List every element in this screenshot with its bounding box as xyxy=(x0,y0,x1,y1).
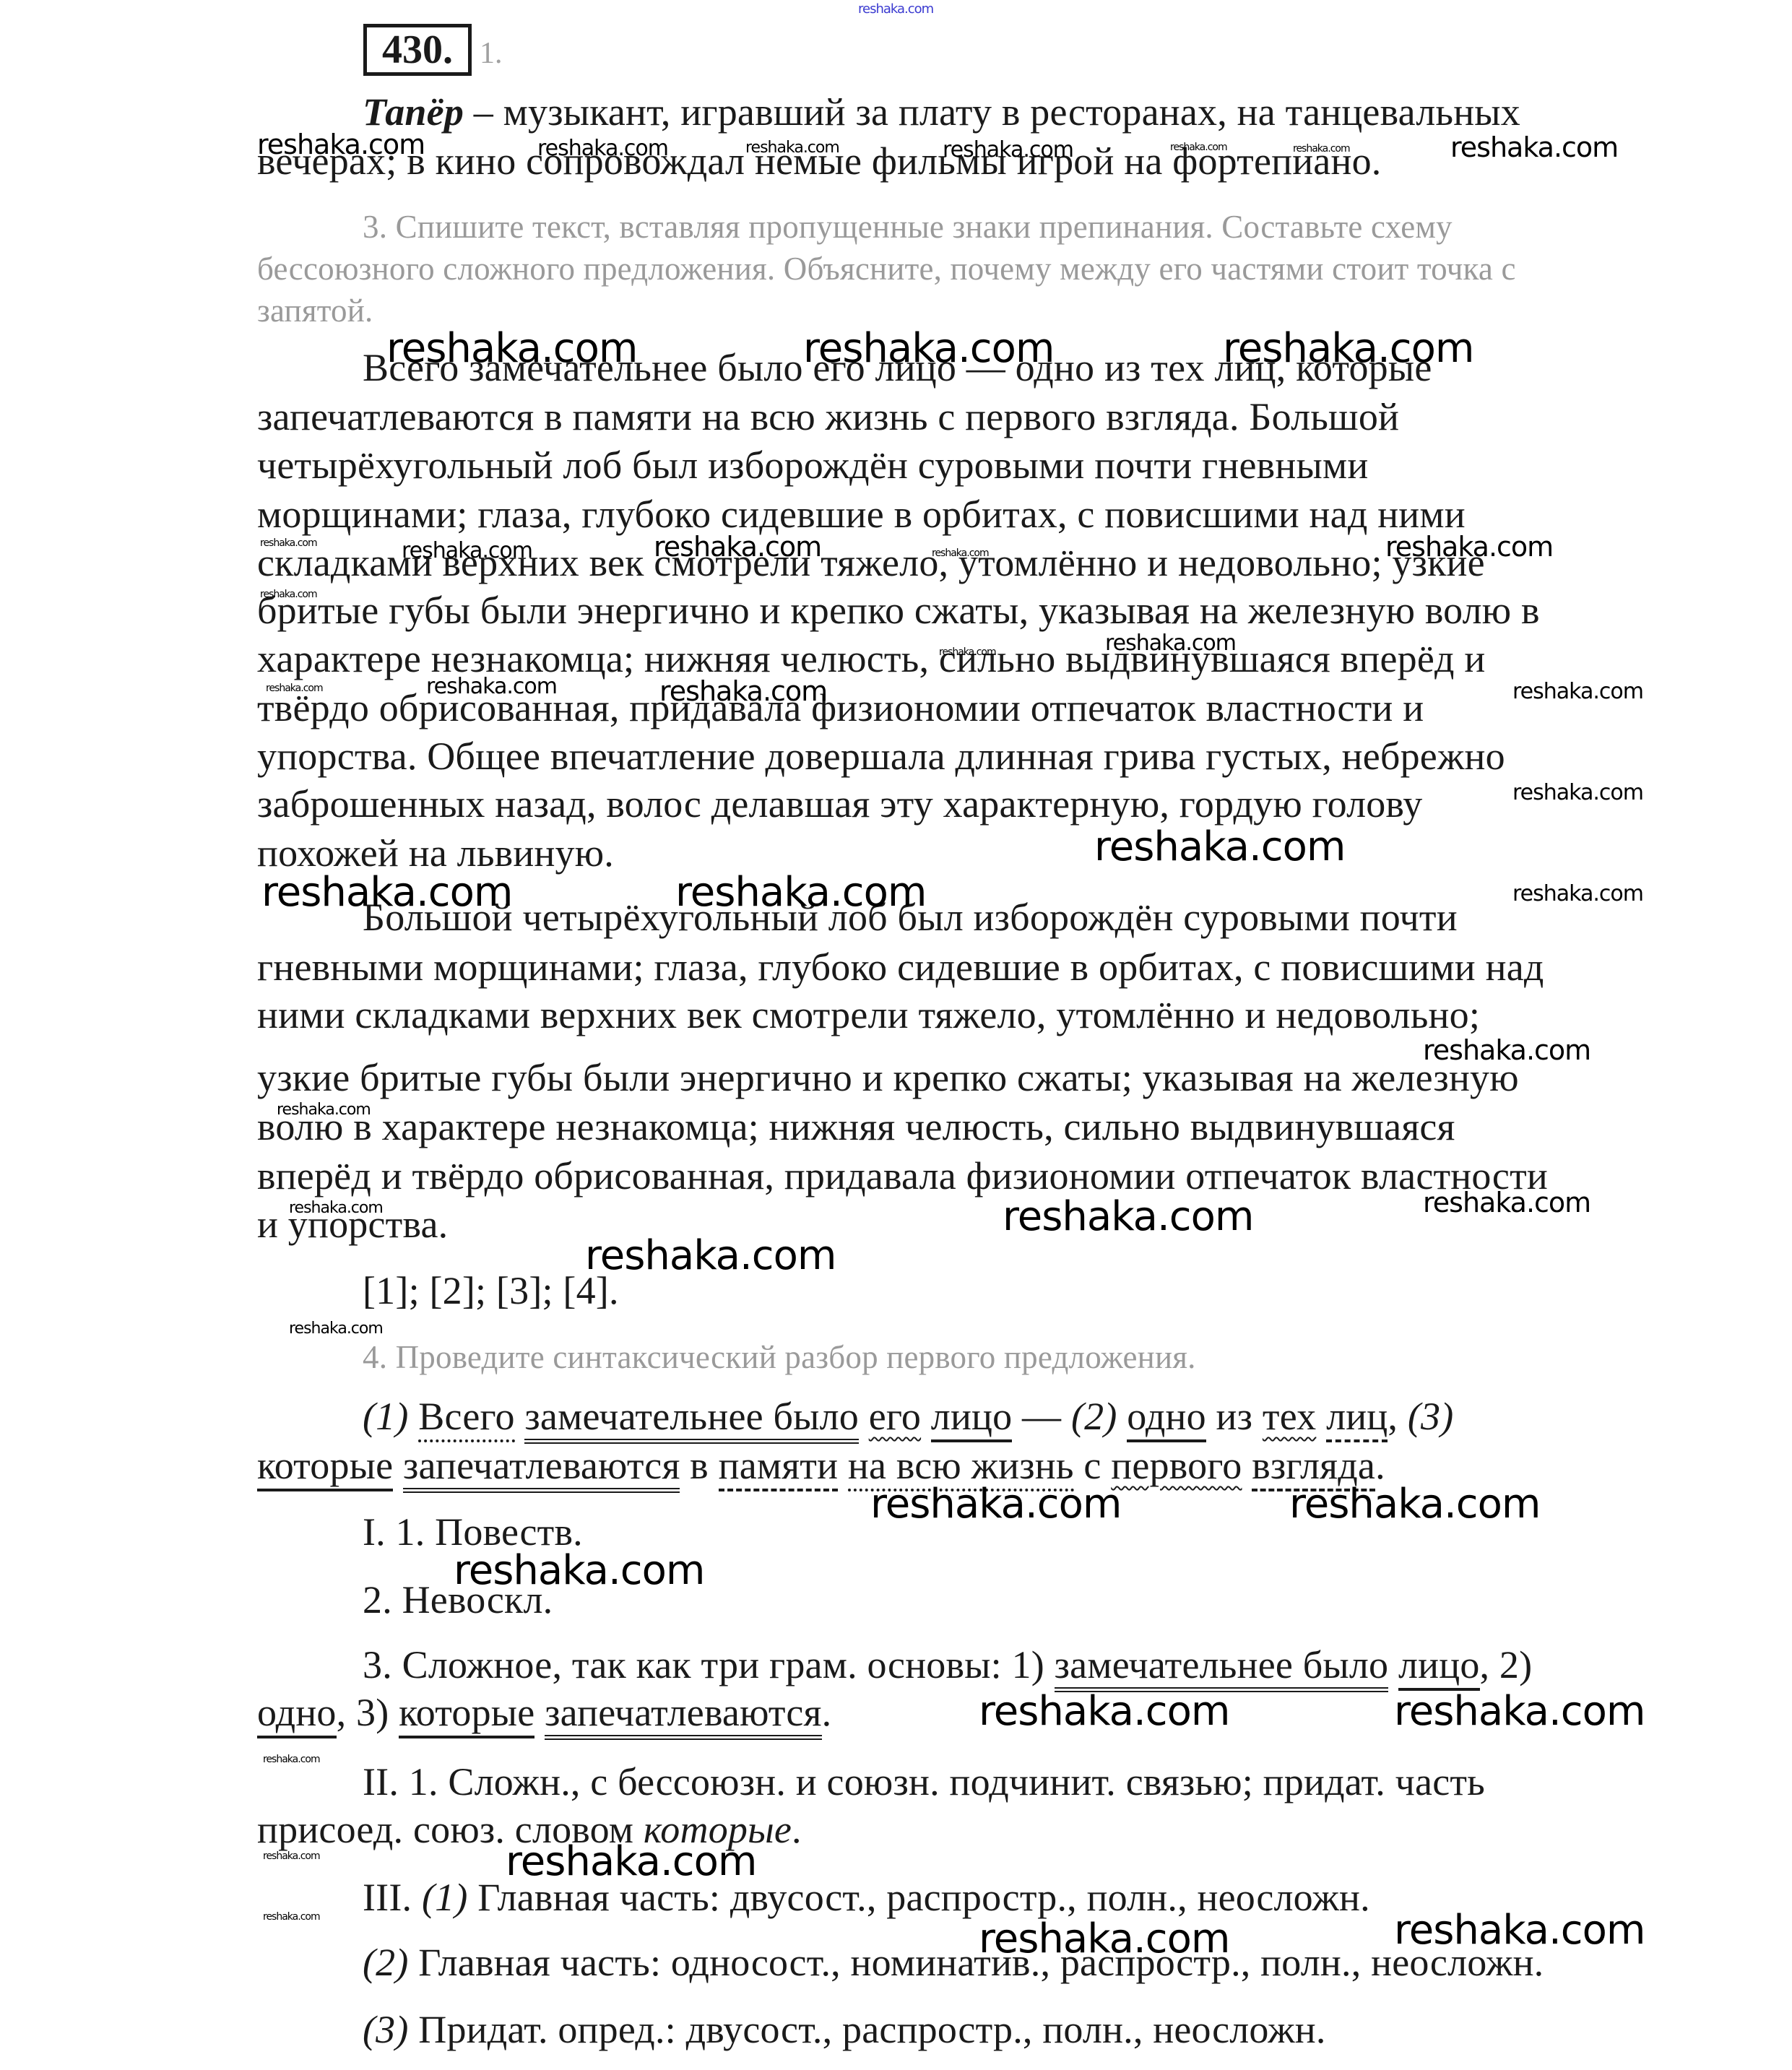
watermark-text: reshaka.com xyxy=(1094,823,1345,870)
analysis-text: Главная часть: односост., номинатив., ра… xyxy=(409,1941,1544,1984)
top-watermark: reshaka.com xyxy=(858,1,933,17)
analysis-iii-3: (3) Придат. опред.: двусост., распростр.… xyxy=(363,2010,1326,2049)
task3-line: бессоюзного сложного предложения. Объясн… xyxy=(257,253,1516,285)
watermark-text: reshaka.com xyxy=(260,589,317,600)
watermark-text: reshaka.com xyxy=(263,1850,320,1862)
watermark-text: reshaka.com xyxy=(1394,1907,1645,1954)
subject-word: которые xyxy=(399,1691,534,1738)
watermark-text: reshaka.com xyxy=(939,646,996,658)
definition-line-1: Тапёр – музыкант, игравший за плату в ре… xyxy=(363,92,1520,131)
watermark-text: reshaka.com xyxy=(257,129,425,160)
task3-line: запятой. xyxy=(257,295,373,327)
analysis-i3-line-1: 3. Сложное, так как три грам. основы: 1)… xyxy=(363,1645,1532,1684)
part-marker: (1) xyxy=(422,1876,468,1919)
watermark-text: reshaka.com xyxy=(537,136,668,161)
comma: , xyxy=(1388,1395,1407,1438)
parsed-sentence-line-1: (1) Всего замечательнее было его лицо — … xyxy=(363,1397,1453,1436)
watermark-text: reshaka.com xyxy=(426,674,557,699)
watermark-text: reshaka.com xyxy=(675,869,926,916)
paragraph2-line: гневными морщинами; глаза, глубоко сидев… xyxy=(257,948,1544,987)
watermark-text: reshaka.com xyxy=(654,531,821,563)
watermark-text: reshaka.com xyxy=(1394,1688,1645,1735)
analysis-text: . xyxy=(792,1808,802,1851)
part-marker: (3) xyxy=(1408,1395,1454,1438)
watermark-text: reshaka.com xyxy=(386,325,637,372)
dash: — xyxy=(1012,1395,1071,1438)
subtask-label: 1. xyxy=(480,36,503,71)
analysis-ii-line-1: II. 1. Сложн., с бессоюзн. и союзн. подч… xyxy=(363,1762,1485,1801)
definition-term: Тапёр xyxy=(363,90,464,134)
watermark-text: reshaka.com xyxy=(1423,1187,1590,1218)
subject-word: одно xyxy=(257,1691,337,1738)
watermark-text: reshaka.com xyxy=(263,1911,320,1923)
watermark-text: reshaka.com xyxy=(266,683,323,694)
parsed-sentence-line-2: которые запечатлеваются в памяти на всю … xyxy=(257,1446,1385,1485)
watermark-text: reshaka.com xyxy=(1003,1193,1253,1240)
attribute-word: его xyxy=(869,1395,921,1438)
paragraph1-line: характере незнакомца; нижняя челюсть, си… xyxy=(257,639,1485,678)
attribute-word: тех xyxy=(1263,1395,1316,1438)
watermark-text: reshaka.com xyxy=(1170,142,1227,153)
watermark-text: reshaka.com xyxy=(932,547,989,559)
predicate-word: запечатлеваются xyxy=(545,1691,821,1740)
watermark-text: reshaka.com xyxy=(1293,143,1350,155)
adverbial-word: Всего xyxy=(418,1395,514,1442)
attribute-word: первого xyxy=(1111,1444,1242,1487)
paragraph1-line: похожей на львиную. xyxy=(257,833,614,872)
subject-word: одно xyxy=(1127,1395,1206,1442)
watermark-text: reshaka.com xyxy=(870,1481,1121,1528)
watermark-text: reshaka.com xyxy=(277,1101,371,1119)
analysis-iii-2: (2) Главная часть: односост., номинатив.… xyxy=(363,1943,1544,1982)
task4-line: 4. Проведите синтаксический разбор перво… xyxy=(363,1341,1196,1374)
analysis-text: III. xyxy=(363,1876,422,1919)
analysis-text: , 2) xyxy=(1480,1643,1533,1686)
object-word: лиц xyxy=(1326,1395,1388,1442)
watermark-text: reshaka.com xyxy=(1223,325,1473,372)
task3-line: 3. Спишите текст, вставляя пропущенные з… xyxy=(363,211,1453,243)
watermark-text: reshaka.com xyxy=(289,1320,383,1338)
watermark-text: reshaka.com xyxy=(1450,131,1618,163)
paragraph1-line: морщинами; глаза, глубоко сидевшие в орб… xyxy=(257,495,1466,534)
analysis-text: . xyxy=(822,1691,832,1734)
watermark-text: reshaka.com xyxy=(745,139,839,157)
subject-word: лицо xyxy=(1398,1643,1480,1691)
subject-word: которые xyxy=(257,1444,393,1491)
watermark-text: reshaka.com xyxy=(979,1915,1229,1962)
watermark-text: reshaka.com xyxy=(585,1232,836,1279)
sentence-scheme: [1]; [2]; [3]; [4]. xyxy=(363,1271,619,1310)
watermark-text: reshaka.com xyxy=(1385,531,1553,563)
part-marker: (2) xyxy=(363,1941,409,1984)
watermark-text: reshaka.com xyxy=(943,137,1073,163)
exercise-number: 430. xyxy=(382,27,453,72)
paragraph2-line: узкие бритые губы были энергично и крепк… xyxy=(257,1058,1519,1097)
watermark-text: reshaka.com xyxy=(263,1754,320,1765)
paragraph2-line: волю в характере незнакомца; нижняя челю… xyxy=(257,1107,1455,1146)
watermark-text: reshaka.com xyxy=(1512,679,1643,704)
watermark-text: reshaka.com xyxy=(289,1199,383,1217)
object-word: памяти xyxy=(719,1444,839,1491)
exercise-number-box: 430. xyxy=(363,24,472,76)
predicate-word: запечатлеваются xyxy=(403,1444,680,1493)
paragraph2-line: ними складками верхних век смотрели тяже… xyxy=(257,995,1480,1034)
analysis-text: Придат. опред.: двусост., распростр., по… xyxy=(409,2008,1326,2051)
subject-word: лицо xyxy=(931,1395,1013,1442)
analysis-i1: I. 1. Повеств. xyxy=(363,1512,583,1551)
paragraph2-line: вперёд и твёрдо обрисованная, придавала … xyxy=(257,1156,1548,1195)
definition-text: – музыкант, игравший за плату в ресторан… xyxy=(464,90,1520,134)
analysis-i3-line-2: одно, 3) которые запечатлеваются. xyxy=(257,1693,831,1732)
part-marker: (1) xyxy=(363,1395,409,1438)
watermark-text: reshaka.com xyxy=(979,1688,1229,1735)
predicate-word: замечательнее было xyxy=(1055,1643,1389,1692)
watermark-text: reshaka.com xyxy=(506,1838,756,1885)
paragraph1-line: запечатлеваются в памяти на всю жизнь с … xyxy=(257,397,1399,436)
paragraph1-line: заброшенных назад, волос делавшая эту ха… xyxy=(257,784,1422,823)
watermark-text: reshaka.com xyxy=(1289,1481,1540,1528)
analysis-text: , 3) xyxy=(337,1691,399,1734)
watermark-text: reshaka.com xyxy=(260,537,317,549)
watermark-text: reshaka.com xyxy=(454,1547,704,1594)
paragraph1-line: бритые губы были энергично и крепко сжат… xyxy=(257,591,1540,630)
part-marker: (3) xyxy=(363,2008,409,2051)
preposition: из xyxy=(1206,1395,1263,1438)
watermark-text: reshaka.com xyxy=(1512,881,1643,906)
watermark-text: reshaka.com xyxy=(1105,631,1236,656)
watermark-text: reshaka.com xyxy=(1512,780,1643,805)
watermark-text: reshaka.com xyxy=(261,869,512,916)
analysis-text: 3. Сложное, так как три грам. основы: 1) xyxy=(363,1643,1055,1686)
watermark-text: reshaka.com xyxy=(402,538,532,563)
predicate-word: замечательнее было xyxy=(524,1395,859,1444)
part-marker: (2) xyxy=(1071,1395,1117,1438)
watermark-text: reshaka.com xyxy=(803,325,1054,372)
paragraph1-line: четырёхугольный лоб был изборождён суров… xyxy=(257,446,1368,485)
watermark-text: reshaka.com xyxy=(1423,1034,1590,1066)
preposition: в xyxy=(680,1444,718,1487)
watermark-text: reshaka.com xyxy=(659,675,827,707)
paragraph1-line: упорства. Общее впечатление довершала дл… xyxy=(257,737,1505,776)
